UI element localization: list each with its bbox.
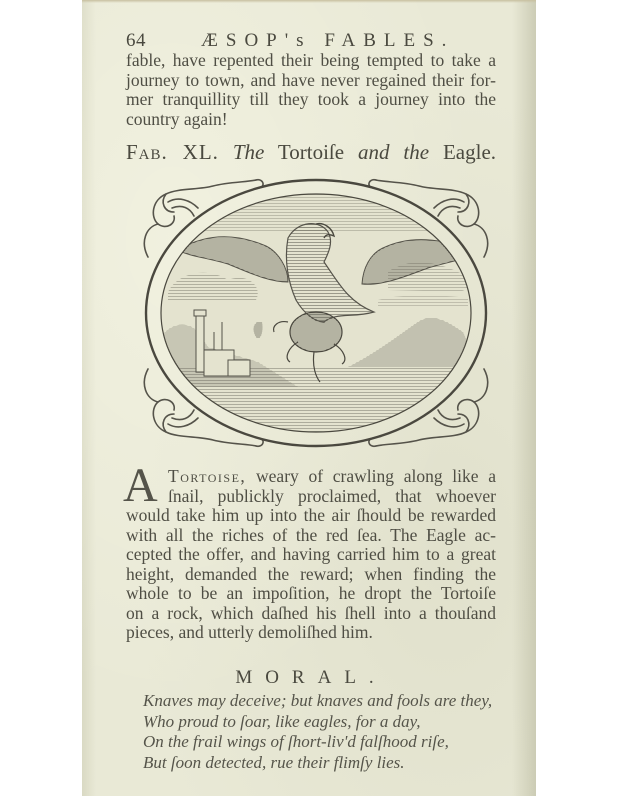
text-line: mer tranquillity till they took a journe…	[126, 90, 496, 110]
text-line: on a rock, which daſhed his ſhell into a…	[126, 604, 496, 624]
book-page: 64 ÆSOP's FABLES. fable, have repented t…	[82, 0, 536, 796]
text-line: cepted the offer, and having carried him…	[126, 545, 496, 565]
verse-line: Who proud to ſoar, like eagles, for a da…	[143, 712, 503, 733]
title-word: Eagle.	[443, 140, 496, 164]
fable-title: Fab. XL. The Tortoiſe and the Eagle.	[126, 140, 496, 165]
text-line: A Tortoise, weary of crawling along like…	[126, 467, 496, 487]
fable-story: A Tortoise, weary of crawling along like…	[126, 467, 496, 643]
woodcut-illustration	[138, 172, 494, 454]
running-head: 64 ÆSOP's FABLES.	[126, 30, 516, 52]
text-line: journey to town, and have never regained…	[126, 71, 496, 91]
title-word: and	[358, 140, 390, 164]
running-title: ÆSOP's FABLES.	[201, 30, 454, 52]
title-word: the	[403, 140, 429, 164]
text-line: height, demanded the reward; when findin…	[126, 565, 496, 585]
intro-paragraph: fable, have repented their being tempted…	[126, 51, 496, 129]
text-line: pieces, and utterly demoliſhed him.	[126, 623, 496, 643]
story-first-word: Tortoise,	[168, 466, 246, 486]
text-line: fable, have repented their being tempted…	[126, 51, 496, 71]
moral-heading: MORAL.	[126, 667, 496, 689]
text-line: would take him up into the air ſhould be…	[126, 506, 496, 526]
moral-verse: Knaves may deceive; but knaves and fools…	[143, 691, 503, 773]
verse-line: Knaves may deceive; but knaves and fools…	[143, 691, 503, 712]
page-number: 64	[126, 30, 146, 52]
text-line: with all the riches of the red ſea. The …	[126, 526, 496, 546]
page-top-edge	[82, 0, 536, 3]
text-line: whole to be an impoſition, he dropt the …	[126, 584, 496, 604]
text-line: ſnail, publickly proclaimed, that whoeve…	[126, 487, 496, 507]
text-line: country again!	[126, 110, 496, 130]
title-word: The	[233, 140, 265, 164]
fable-number: Fab. XL.	[126, 140, 219, 164]
verse-line: But ſoon detected, rue their flimſy lies…	[143, 753, 503, 774]
verse-line: On the frail wings of ſhort-liv'd falſho…	[143, 732, 503, 753]
title-word: Tortoiſe	[278, 140, 344, 164]
story-first-line-rest: weary of crawling along like a	[256, 466, 496, 486]
